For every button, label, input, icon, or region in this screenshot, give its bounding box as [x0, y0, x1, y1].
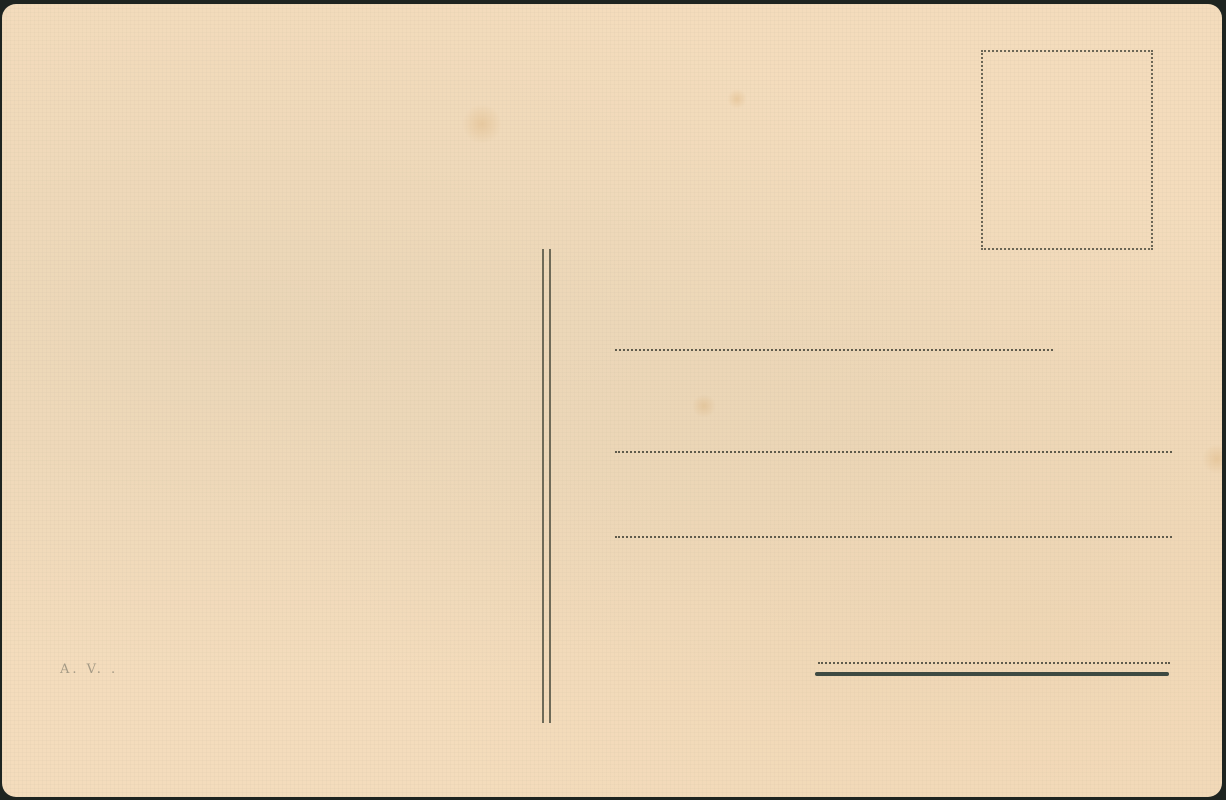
postcard-back: A. V. .: [2, 4, 1222, 797]
address-line-3: [615, 536, 1172, 538]
address-line-4: [818, 662, 1170, 664]
paper-stain: [1202, 444, 1222, 474]
paper-stain: [462, 104, 502, 144]
paper-stain: [727, 89, 747, 109]
show-through-mark: A. V. .: [60, 662, 118, 677]
divider-line-left: [542, 249, 544, 723]
address-line-1: [615, 349, 1053, 351]
address-underline-solid: [815, 672, 1169, 676]
stamp-box: [981, 50, 1153, 250]
paper-stain: [692, 394, 716, 418]
address-line-2: [615, 451, 1172, 453]
divider-line-right: [549, 249, 551, 723]
